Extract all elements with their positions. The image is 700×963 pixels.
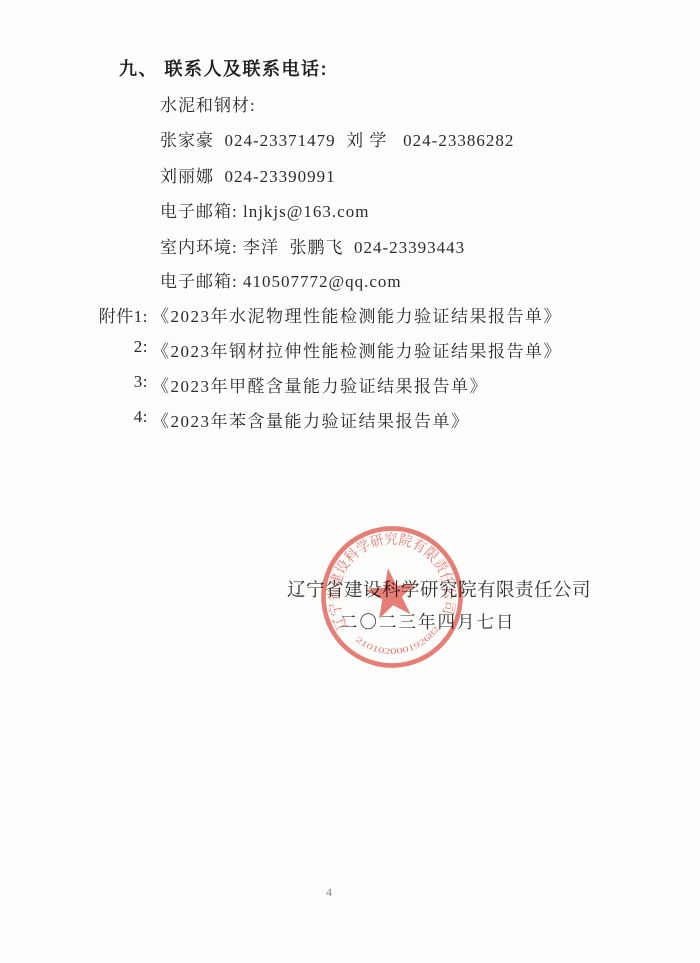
page-number: 4 [326, 885, 333, 900]
attachment-title: 《2023年苯含量能力验证结果报告单》 [152, 407, 470, 432]
contact-line: 水泥和钢材: [160, 91, 256, 116]
official-stamp: 辽宁省建设科学研究院有限责任公司 210102000192682 [298, 503, 485, 690]
contact-line: 张家豪 024-23371479 刘 学 024-23386282 [160, 126, 514, 151]
attachment-label: 3: [60, 372, 148, 392]
attachment-title: 《2023年甲醛含量能力验证结果报告单》 [152, 372, 488, 397]
contact-line-email: 电子邮箱: lnjkjs@163.com [160, 197, 369, 222]
contact-line-email: 电子邮箱: 410507772@qq.com [160, 267, 402, 292]
attachment-label: 2: [60, 337, 148, 357]
contact-line: 室内环境: 李洋 张鹏飞 024-23393443 [160, 233, 465, 258]
attachment-label: 附件1: [60, 302, 148, 327]
document-page: 九、 联系人及联系电话: 水泥和钢材: 张家豪 024-23371479 刘 学… [0, 0, 700, 963]
section-heading: 九、 联系人及联系电话: [119, 55, 328, 81]
contact-line: 刘丽娜 024-23390991 [160, 162, 336, 187]
attachment-title: 《2023年钢材拉伸性能检测能力验证结果报告单》 [152, 337, 562, 362]
attachment-label: 4: [60, 407, 148, 427]
attachment-title: 《2023年水泥物理性能检测能力验证结果报告单》 [152, 302, 562, 327]
stamp-star-icon [363, 565, 421, 620]
